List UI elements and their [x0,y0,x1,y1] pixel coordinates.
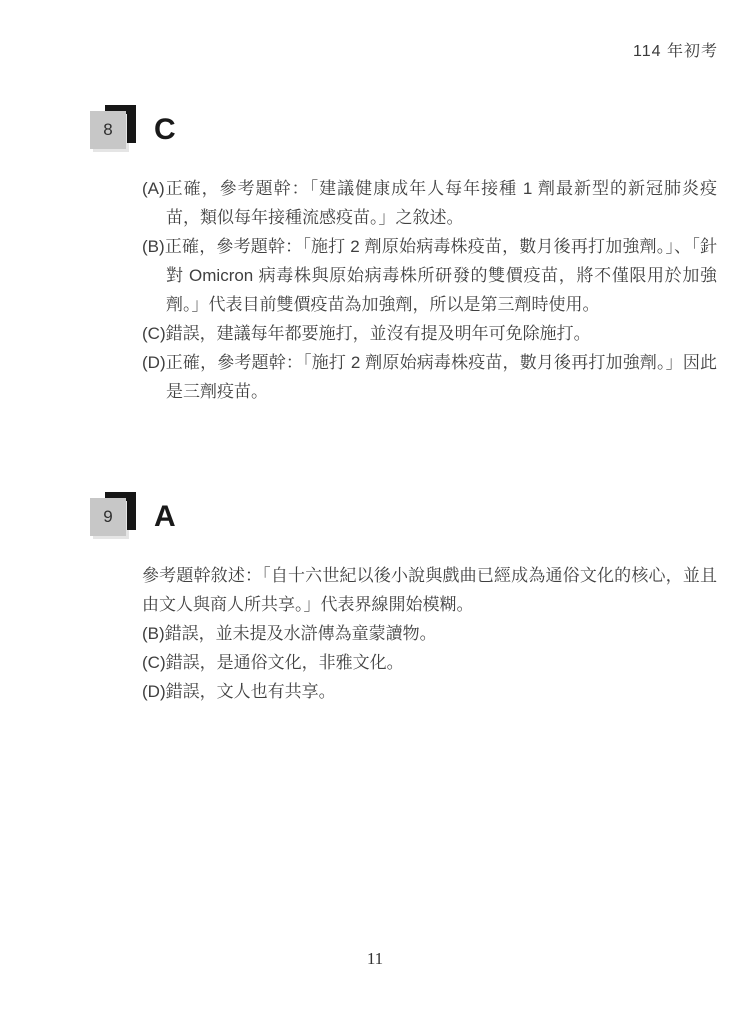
question-8-number-badge: 8 [90,105,138,153]
question-9-number: 9 [90,498,126,536]
page-number: 11 [367,949,383,968]
explanation-item-d: (D)錯誤，文人也有共享。 [142,677,717,706]
question-8-answer-letter: C [154,105,176,153]
page-footer: 11 [0,949,750,969]
exam-title-label: 114 年初考 [633,43,718,60]
question-9-number-badge: 9 [90,492,138,540]
question-9-answer-letter: A [154,492,176,540]
explanation-item-d: (D)正確，參考題幹：「施打 2 劑原始病毒株疫苗，數月後再打加強劑。」因此是三… [142,348,717,406]
page-header: 114 年初考 [633,38,718,61]
explanation-intro: 參考題幹敘述：「自十六世紀以後小說與戲曲已經成為通俗文化的核心，並且由文人與商人… [142,561,717,619]
explanation-item-a: (A)正確，參考題幹：「建議健康成年人每年接種 1 劑最新型的新冠肺炎疫苗，類似… [142,174,717,232]
explanation-item-c: (C)錯誤，建議每年都要施打，並沒有提及明年可免除施打。 [142,319,717,348]
question-9-explanations: 參考題幹敘述：「自十六世紀以後小說與戲曲已經成為通俗文化的核心，並且由文人與商人… [142,561,717,706]
question-9-heading: 9 A [90,492,717,540]
question-8-heading: 8 C [90,105,717,153]
question-8-section: 8 C (A)正確，參考題幹：「建議健康成年人每年接種 1 劑最新型的新冠肺炎疫… [90,105,717,406]
document-page: 114 年初考 8 C (A)正確，參考題幹：「建議健康成年人每年接種 1 劑最… [0,0,750,1015]
question-8-number: 8 [90,111,126,149]
question-9-section: 9 A 參考題幹敘述：「自十六世紀以後小說與戲曲已經成為通俗文化的核心，並且由文… [90,492,717,706]
question-8-explanations: (A)正確，參考題幹：「建議健康成年人每年接種 1 劑最新型的新冠肺炎疫苗，類似… [142,174,717,406]
explanation-item-b: (B)錯誤，並未提及水滸傳為童蒙讀物。 [142,619,717,648]
explanation-item-c: (C)錯誤，是通俗文化，非雅文化。 [142,648,717,677]
explanation-item-b: (B)正確，參考題幹：「施打 2 劑原始病毒株疫苗，數月後再打加強劑。」、「針對… [142,232,717,319]
